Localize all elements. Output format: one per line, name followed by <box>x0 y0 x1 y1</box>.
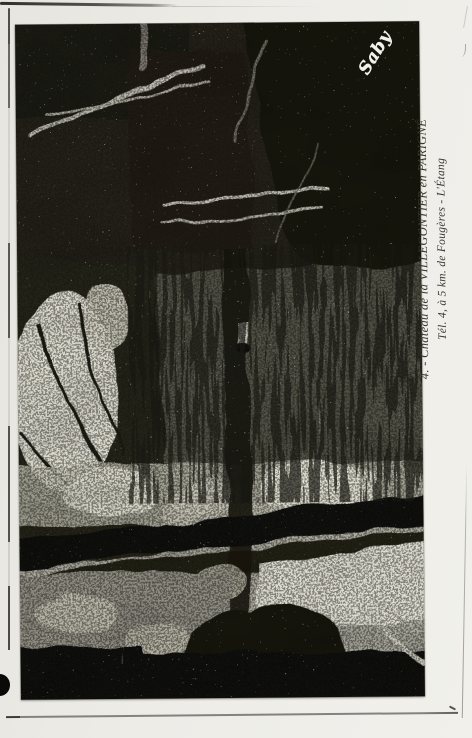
card-bottom-edge-tick <box>449 705 456 710</box>
punch-hole-mark <box>0 674 10 696</box>
card-right-top-mark <box>463 6 468 28</box>
card-top-edge-line <box>0 2 178 7</box>
card-right-mid-mark <box>459 44 466 57</box>
caption: 4. - Château de la VILLEGONTIER en PARIG… <box>411 99 454 399</box>
card-bottom-edge-line <box>6 712 458 718</box>
postcard-scan: Saby 4. - Château de la VILLEGONTIER en … <box>0 0 472 738</box>
postcard-photo: Saby <box>15 21 425 699</box>
caption-line-1: 4. - Château de la VILLEGONTIER en PARIG… <box>411 99 434 399</box>
caption-line-2: Tél. 4, à 5 km. de Fougères - L'Étang <box>431 99 453 399</box>
scan-left-edge-marks <box>8 8 10 660</box>
photo-scene: Saby <box>15 21 425 699</box>
card-top-edge-faint <box>172 6 322 7</box>
card-right-edge-line <box>462 462 468 718</box>
grain-light <box>15 21 425 699</box>
